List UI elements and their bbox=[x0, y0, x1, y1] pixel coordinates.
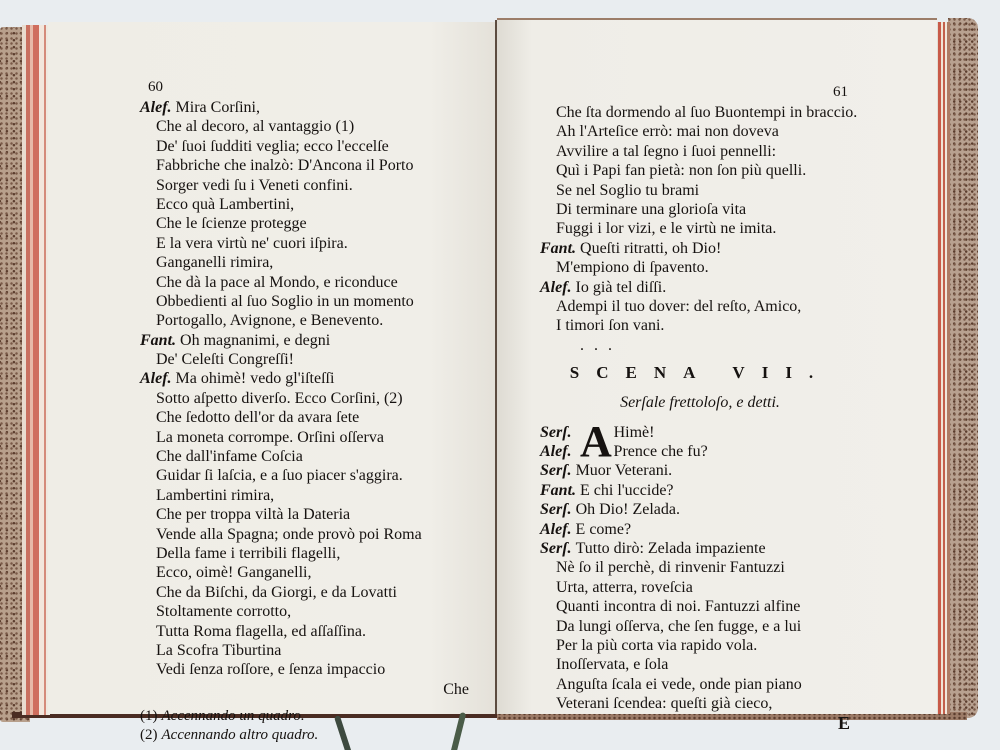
footnotes: (1)Accennando un quadro.(2)Accennando al… bbox=[140, 707, 485, 745]
verse-line: Lambertini rimira, bbox=[140, 486, 485, 505]
verse-text: Che dall'infame Coſcia bbox=[156, 448, 303, 465]
verse-line: Inoſſervata, e ſola bbox=[540, 655, 860, 674]
footnote-text: Accennando altro quadro. bbox=[162, 727, 319, 743]
verse-text: Mira Corſini, bbox=[176, 99, 260, 116]
speaker-label: Alef. bbox=[540, 279, 572, 296]
verse-text: Vende alla Spagna; onde provò poi Roma bbox=[156, 526, 422, 543]
right-page-text: 61 Che ſta dormendo al ſuo Buontempi in … bbox=[540, 83, 860, 733]
verse-line: Guidar ſi laſcia, e a ſuo piacer s'aggir… bbox=[140, 466, 485, 485]
footnote-number: (1) bbox=[140, 708, 158, 724]
verse-lines: Serſ.Muor Veterani.Fant.E chi l'uccide?S… bbox=[540, 461, 860, 713]
verse-line: Serſ.Oh Dio! Zelada. bbox=[540, 500, 860, 519]
verse-text: Veterani ſcendea: queſti già cieco, bbox=[556, 695, 772, 712]
verse-text: Vedi ſenza roſſore, e ſenza impaccio bbox=[156, 661, 385, 678]
book-gutter bbox=[495, 20, 497, 714]
verse-text: Quanti incontra di noi. Fantuzzi alfine bbox=[556, 598, 800, 615]
verse-text: Ecco quà Lambertini, bbox=[156, 196, 294, 213]
book-cover-right bbox=[948, 18, 978, 718]
drop-cap-letter: A bbox=[580, 421, 612, 463]
verse-text: Obbedienti al ſuo Soglio in un momento bbox=[156, 293, 414, 310]
verse-line: M'empiono di ſpavento. bbox=[540, 258, 860, 277]
footnote-text: Accennando un quadro. bbox=[162, 708, 305, 724]
verse-line: Che ſta dormendo al ſuo Buontempi in bra… bbox=[540, 103, 860, 122]
verse-text: Quì i Papi fan pietà: non ſon più quelli… bbox=[556, 162, 806, 179]
verse-text: Oh Dio! Zelada. bbox=[576, 501, 680, 518]
verse-line: Obbedienti al ſuo Soglio in un momento bbox=[140, 292, 485, 311]
verse-line: Fabbriche che inalzò: D'Ancona il Porto bbox=[140, 156, 485, 175]
verse-text: Fuggi i lor vizi, e le virtù ne imita. bbox=[556, 220, 776, 237]
verse-line: Sorger vedi ſu i Veneti confini. bbox=[140, 176, 485, 195]
speaker-label: Alef. bbox=[540, 443, 572, 460]
verse-text: Della fame i terribili flagelli, bbox=[156, 545, 340, 562]
verse-text: Che le ſcienze protegge bbox=[156, 215, 307, 232]
verse-text: Sotto aſpetto diverſo. Ecco Corſini, (2) bbox=[156, 390, 403, 407]
verse-line: Che dà la pace al Mondo, e riconduce bbox=[140, 273, 485, 292]
catchword: Che bbox=[140, 680, 485, 699]
verse-text: Che per troppa viltà la Dateria bbox=[156, 506, 350, 523]
verse-line: Che ſedotto dell'or da avara ſete bbox=[140, 408, 485, 427]
verse-line: Per la più corta via rapido vola. bbox=[540, 636, 860, 655]
verse-line: Alef.Ma ohimè! vedo gl'iſteſſi bbox=[140, 369, 485, 388]
verse-line: De' Celeſti Congreſſi! bbox=[140, 350, 485, 369]
verse-line: Della fame i terribili flagelli, bbox=[140, 544, 485, 563]
verse-text: De' Celeſti Congreſſi! bbox=[156, 351, 294, 368]
verse-text: Ecco, oimè! Ganganelli, bbox=[156, 564, 312, 581]
speaker-label: Serſ. bbox=[540, 501, 572, 518]
verse-line: Che al decoro, al vantaggio (1) bbox=[140, 117, 485, 136]
verse-line: Da lungi oſſerva, che ſen fugge, e a lui bbox=[540, 617, 860, 636]
speaker-label: Alef. bbox=[140, 99, 172, 116]
verse-text: Che al decoro, al vantaggio (1) bbox=[156, 118, 354, 135]
verse-text: La Scofra Tiburtina bbox=[156, 642, 281, 659]
verse-line: Alef.Io già tel diſſi. bbox=[540, 278, 860, 297]
verse-text: Che ſta dormendo al ſuo Buontempi in bra… bbox=[556, 104, 857, 121]
verse-text: E chi l'uccide? bbox=[580, 482, 674, 499]
verse-text: Ganganelli rimira, bbox=[156, 254, 273, 271]
speaker-label: Fant. bbox=[540, 482, 576, 499]
verse-text: Da lungi oſſerva, che ſen fugge, e a lui bbox=[556, 618, 801, 635]
verse-text: I timori ſon vani. bbox=[556, 317, 664, 334]
verse-line: Fant.Oh magnanimi, e degni bbox=[140, 331, 485, 350]
page-edges-left bbox=[22, 25, 50, 715]
verse-line: Avvilire a tal ſegno i ſuoi pennelli: bbox=[540, 142, 860, 161]
verse-line: La moneta corrompe. Orſini oſſerva bbox=[140, 428, 485, 447]
verse-line: Vende alla Spagna; onde provò poi Roma bbox=[140, 525, 485, 544]
verse-text: Queſti ritratti, oh Dio! bbox=[580, 240, 721, 257]
verse-line: Che per troppa viltà la Dateria bbox=[140, 505, 485, 524]
verse-text: Stoltamente corrotto, bbox=[156, 603, 291, 620]
verse-line: Che le ſcienze protegge bbox=[140, 214, 485, 233]
verse-text: La moneta corrompe. Orſini oſſerva bbox=[156, 429, 384, 446]
ellipsis: . . . bbox=[540, 336, 860, 355]
dropcap-block: A Serſ.Himè!Alef.Prence che fu? bbox=[540, 423, 860, 462]
verse-line: Se nel Soglio tu brami bbox=[540, 181, 860, 200]
verse-text: Sorger vedi ſu i Veneti confini. bbox=[156, 177, 353, 194]
verse-line: Veterani ſcendea: queſti già cieco, bbox=[540, 694, 860, 713]
speaker-label: Serſ. bbox=[540, 540, 572, 557]
page-number: 60 bbox=[140, 78, 485, 98]
footnote: (2)Accennando altro quadro. bbox=[140, 726, 485, 745]
verse-text: Di terminare una glorioſa vita bbox=[556, 201, 746, 218]
verse-line: Ecco quà Lambertini, bbox=[140, 195, 485, 214]
verse-text: Che dà la pace al Mondo, e riconduce bbox=[156, 274, 398, 291]
speaker-label: Alef. bbox=[540, 521, 572, 538]
verse-line: Quanti incontra di noi. Fantuzzi alfine bbox=[540, 597, 860, 616]
verse-text: Che ſedotto dell'or da avara ſete bbox=[156, 409, 359, 426]
verse-line: La Scofra Tiburtina bbox=[140, 641, 485, 660]
verse-line: Fant.Queſti ritratti, oh Dio! bbox=[540, 239, 860, 258]
page-number: 61 bbox=[540, 83, 860, 103]
verse-line: Che dall'infame Coſcia bbox=[140, 447, 485, 466]
verse-text: Lambertini rimira, bbox=[156, 487, 274, 504]
verse-text: Guidar ſi laſcia, e a ſuo piacer s'aggir… bbox=[156, 467, 403, 484]
verse-line: Alef.E come? bbox=[540, 520, 860, 539]
verse-line: Ah l'Arteſice errò: mai non doveva bbox=[540, 122, 860, 141]
verse-text: Anguſta ſcala ei vede, onde pian piano bbox=[556, 676, 802, 693]
footnote: (1)Accennando un quadro. bbox=[140, 707, 485, 726]
verse-line: De' ſuoi ſudditi veglia; ecco l'eccelſe bbox=[140, 137, 485, 156]
verse-text: Che da Biſchi, da Giorgi, e da Lovatti bbox=[156, 584, 397, 601]
verse-text: Inoſſervata, e ſola bbox=[556, 656, 668, 673]
verse-line: Tutta Roma flagella, ed aſſaſſina. bbox=[140, 622, 485, 641]
verse-text: De' ſuoi ſudditi veglia; ecco l'eccelſe bbox=[156, 138, 389, 155]
speaker-label: Serſ. bbox=[540, 462, 572, 479]
verse-line: Che da Biſchi, da Giorgi, e da Lovatti bbox=[140, 583, 485, 602]
verse-text: Tutta Roma flagella, ed aſſaſſina. bbox=[156, 623, 366, 640]
page-edges-right bbox=[936, 22, 950, 714]
verse-text: Portogallo, Avignone, e Benevento. bbox=[156, 312, 383, 329]
verse-line: I timori ſon vani. bbox=[540, 316, 860, 335]
left-page-text: 60 Alef.Mira Corſini,Che al decoro, al v… bbox=[140, 78, 485, 745]
speaker-label: Fant. bbox=[540, 240, 576, 257]
signature-mark: E bbox=[540, 714, 860, 733]
verse-line: Ganganelli rimira, bbox=[140, 253, 485, 272]
verse-text: Per la più corta via rapido vola. bbox=[556, 637, 757, 654]
verse-line: Fant.E chi l'uccide? bbox=[540, 481, 860, 500]
verse-text: Nè ſo il perchè, di rinvenir Fantuzzi bbox=[556, 559, 785, 576]
verse-lines: Che ſta dormendo al ſuo Buontempi in bra… bbox=[540, 103, 860, 336]
verse-text: Avvilire a tal ſegno i ſuoi pennelli: bbox=[556, 143, 776, 160]
verse-line: Quì i Papi fan pietà: non ſon più quelli… bbox=[540, 161, 860, 180]
verse-line: Alef.Mira Corſini, bbox=[140, 98, 485, 117]
verse-line: Fuggi i lor vizi, e le virtù ne imita. bbox=[540, 219, 860, 238]
verse-text: Se nel Soglio tu brami bbox=[556, 182, 699, 199]
verse-line: Sotto aſpetto diverſo. Ecco Corſini, (2) bbox=[140, 389, 485, 408]
verse-line: Portogallo, Avignone, e Benevento. bbox=[140, 311, 485, 330]
verse-line: Nè ſo il perchè, di rinvenir Fantuzzi bbox=[540, 558, 860, 577]
speaker-label: Fant. bbox=[140, 332, 176, 349]
verse-text: Ah l'Arteſice errò: mai non doveva bbox=[556, 123, 779, 140]
verse-line: Ecco, oimè! Ganganelli, bbox=[140, 563, 485, 582]
scene-heading: SCENA VII. bbox=[540, 363, 860, 389]
speaker-label: Alef. bbox=[140, 370, 172, 387]
verse-line: Vedi ſenza roſſore, e ſenza impaccio bbox=[140, 660, 485, 679]
verse-text: Fabbriche che inalzò: D'Ancona il Porto bbox=[156, 157, 413, 174]
verse-line: E la vera virtù ne' cuori iſpira. bbox=[140, 234, 485, 253]
footnote-number: (2) bbox=[140, 727, 158, 743]
verse-text: E la vera virtù ne' cuori iſpira. bbox=[156, 235, 348, 252]
verse-line: Di terminare una glorioſa vita bbox=[540, 200, 860, 219]
verse-text: Oh magnanimi, e degni bbox=[180, 332, 330, 349]
verse-line: Stoltamente corrotto, bbox=[140, 602, 485, 621]
verse-text: Ma ohimè! vedo gl'iſteſſi bbox=[176, 370, 335, 387]
verse-text: Io già tel diſſi. bbox=[576, 279, 667, 296]
verse-text: Adempi il tuo dover: del reſto, Amico, bbox=[556, 298, 801, 315]
speaker-label: Serſ. bbox=[540, 424, 572, 441]
verse-line: Anguſta ſcala ei vede, onde pian piano bbox=[540, 675, 860, 694]
verse-line: Serſ.Tutto dirò: Zelada impaziente bbox=[540, 539, 860, 558]
verse-line: Adempi il tuo dover: del reſto, Amico, bbox=[540, 297, 860, 316]
verse-text: E come? bbox=[576, 521, 632, 538]
verse-text: Urta, atterra, roveſcia bbox=[556, 579, 693, 596]
verse-text: M'empiono di ſpavento. bbox=[556, 259, 709, 276]
verse-text: Tutto dirò: Zelada impaziente bbox=[576, 540, 766, 557]
verse-lines: Alef.Mira Corſini,Che al decoro, al vant… bbox=[140, 98, 485, 680]
verse-line: Urta, atterra, roveſcia bbox=[540, 578, 860, 597]
